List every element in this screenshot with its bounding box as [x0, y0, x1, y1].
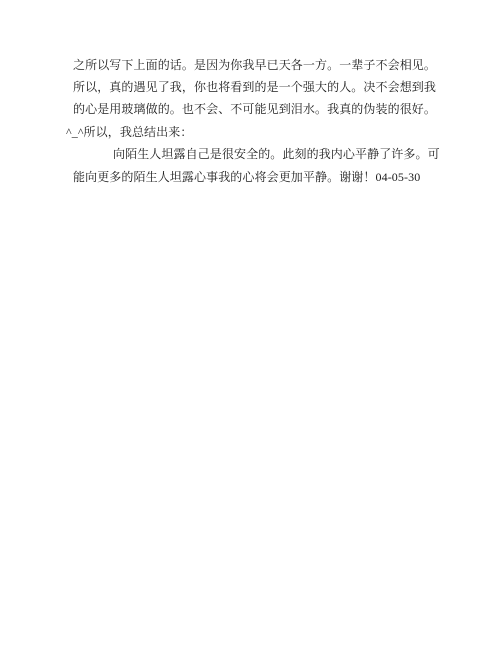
document-page: 之所以写下上面的话。是因为你我早已天各一方。一辈子不会相见。 所以，真的遇见了我…: [0, 0, 500, 647]
text-line-2: 所以，真的遇见了我，你也将看到的是一个强大的人。决不会想到我: [73, 80, 436, 94]
text-line-5-indented: 向陌生人坦露自己是很安全的。此刻的我内心平静了许多。可: [113, 147, 440, 161]
text-line-1: 之所以写下上面的话。是因为你我早已天各一方。一辈子不会相见。: [73, 58, 436, 72]
text-line-6-date: 能向更多的陌生人坦露心事我的心将会更加平静。谢谢！04-05-30: [73, 170, 420, 184]
text-line-3: 的心是用玻璃做的。也不会、不可能见到泪水。我真的伪装的很好。: [73, 102, 436, 116]
text-line-4-emoticon-summary: ^_^所以，我总结出来：: [66, 125, 192, 139]
